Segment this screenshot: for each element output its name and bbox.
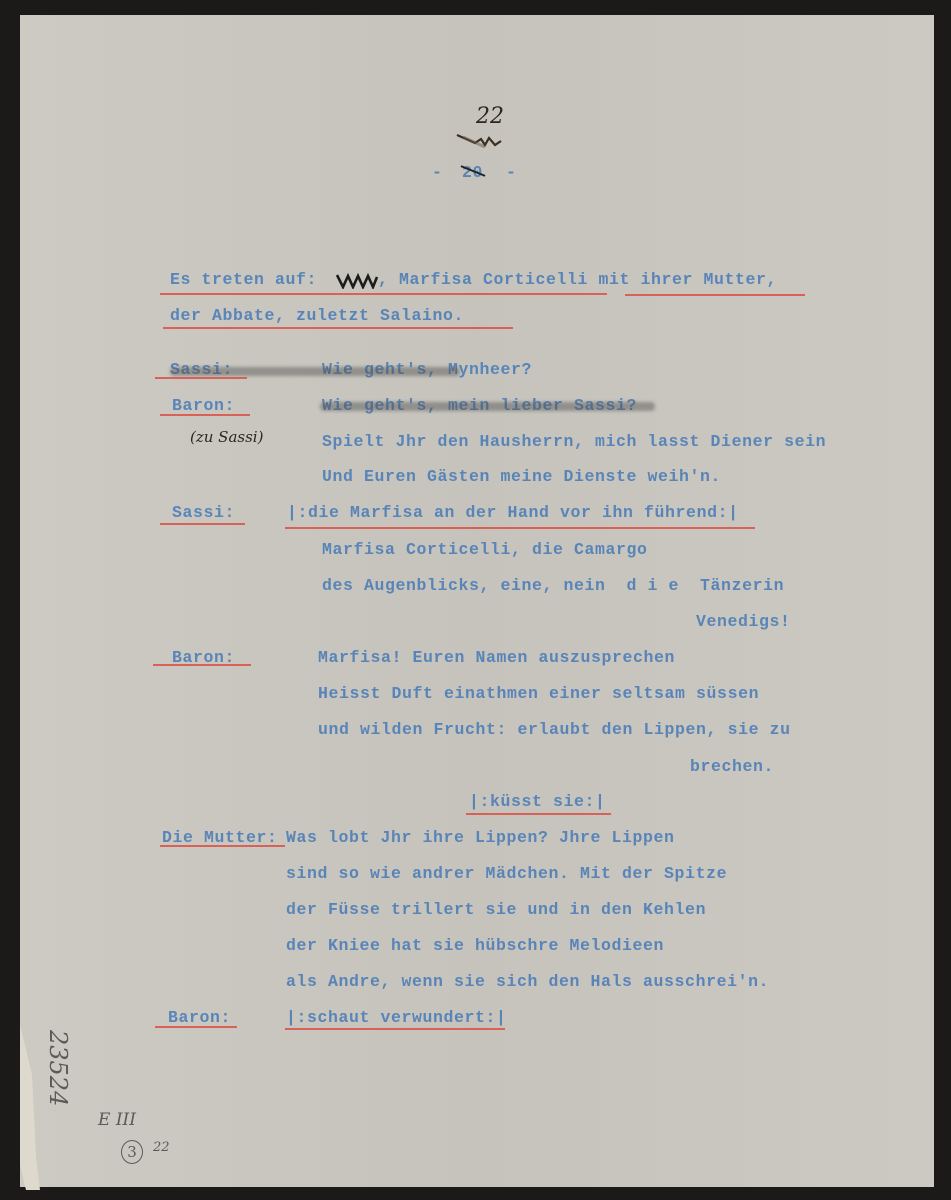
handwritten-annotation: (zu Sassi) — [190, 428, 263, 446]
stage-direction-rest: , Marfisa Corticelli mit ihrer Mutter, — [378, 270, 777, 290]
red-underline — [466, 813, 611, 815]
handwritten-page-number: 22 — [476, 104, 504, 129]
stage-direction: |:küsst sie:| — [469, 792, 606, 812]
folio-number: 22 — [153, 1140, 170, 1155]
dialogue-line: Marfisa Corticelli, die Camargo — [322, 540, 648, 560]
dialogue-line: brechen. — [690, 757, 774, 777]
speaker-baron: Baron: — [172, 396, 235, 416]
stage-direction-line2: der Abbate, zuletzt Salaino. — [170, 306, 464, 326]
speaker-sassi: Sassi: — [172, 503, 235, 523]
red-underline — [160, 293, 607, 295]
red-underline — [285, 1028, 505, 1030]
archive-number: 23524 — [44, 1030, 72, 1106]
stage-direction: |:die Marfisa an der Hand vor ihn führen… — [287, 503, 739, 523]
crossed-word-scribble — [335, 271, 379, 289]
dialogue-line: des Augenblicks, eine, nein d i e Tänzer… — [322, 576, 784, 596]
red-underline — [160, 414, 250, 416]
pencil-strike — [170, 367, 460, 376]
dialogue-line: Spielt Jhr den Hausherrn, mich lasst Die… — [322, 432, 826, 452]
pencil-strike — [320, 402, 655, 411]
speaker-baron: Baron: — [168, 1008, 231, 1028]
red-underline — [625, 294, 805, 296]
red-underline — [153, 664, 251, 666]
red-underline — [160, 845, 285, 847]
stage-direction-prefix: Es treten auf: — [170, 270, 317, 290]
crossed-page-number-scribble — [455, 133, 505, 149]
red-underline — [285, 527, 755, 529]
stage-direction: |:schaut verwundert:| — [286, 1008, 507, 1028]
dialogue-line: Heisst Duft einathmen einer seltsam süss… — [318, 684, 759, 704]
dialogue-line: als Andre, wenn sie sich den Hals aussch… — [286, 972, 769, 992]
section-mark: E III — [98, 1110, 136, 1130]
page-dash-left: - — [432, 163, 443, 183]
circled-number: 3 — [121, 1140, 143, 1164]
page-dash-right: - — [506, 163, 517, 183]
dialogue-line: der Kniee hat sie hübschre Melodieen — [286, 936, 664, 956]
dialogue-line: und wilden Frucht: erlaubt den Lippen, s… — [318, 720, 791, 740]
dialogue-line: Venedigs! — [696, 612, 791, 632]
dialogue-line: Marfisa! Euren Namen auszusprechen — [318, 648, 675, 668]
red-underline — [163, 327, 513, 329]
dialogue-line: Und Euren Gästen meine Dienste weih'n. — [322, 467, 721, 487]
dialogue-line: Was lobt Jhr ihre Lippen? Jhre Lippen — [286, 828, 675, 848]
red-underline — [155, 1026, 237, 1028]
dialogue-line: sind so wie andrer Mädchen. Mit der Spit… — [286, 864, 727, 884]
red-underline — [160, 523, 245, 525]
red-underline — [155, 377, 247, 379]
dialogue-line: der Füsse trillert sie und in den Kehlen — [286, 900, 706, 920]
